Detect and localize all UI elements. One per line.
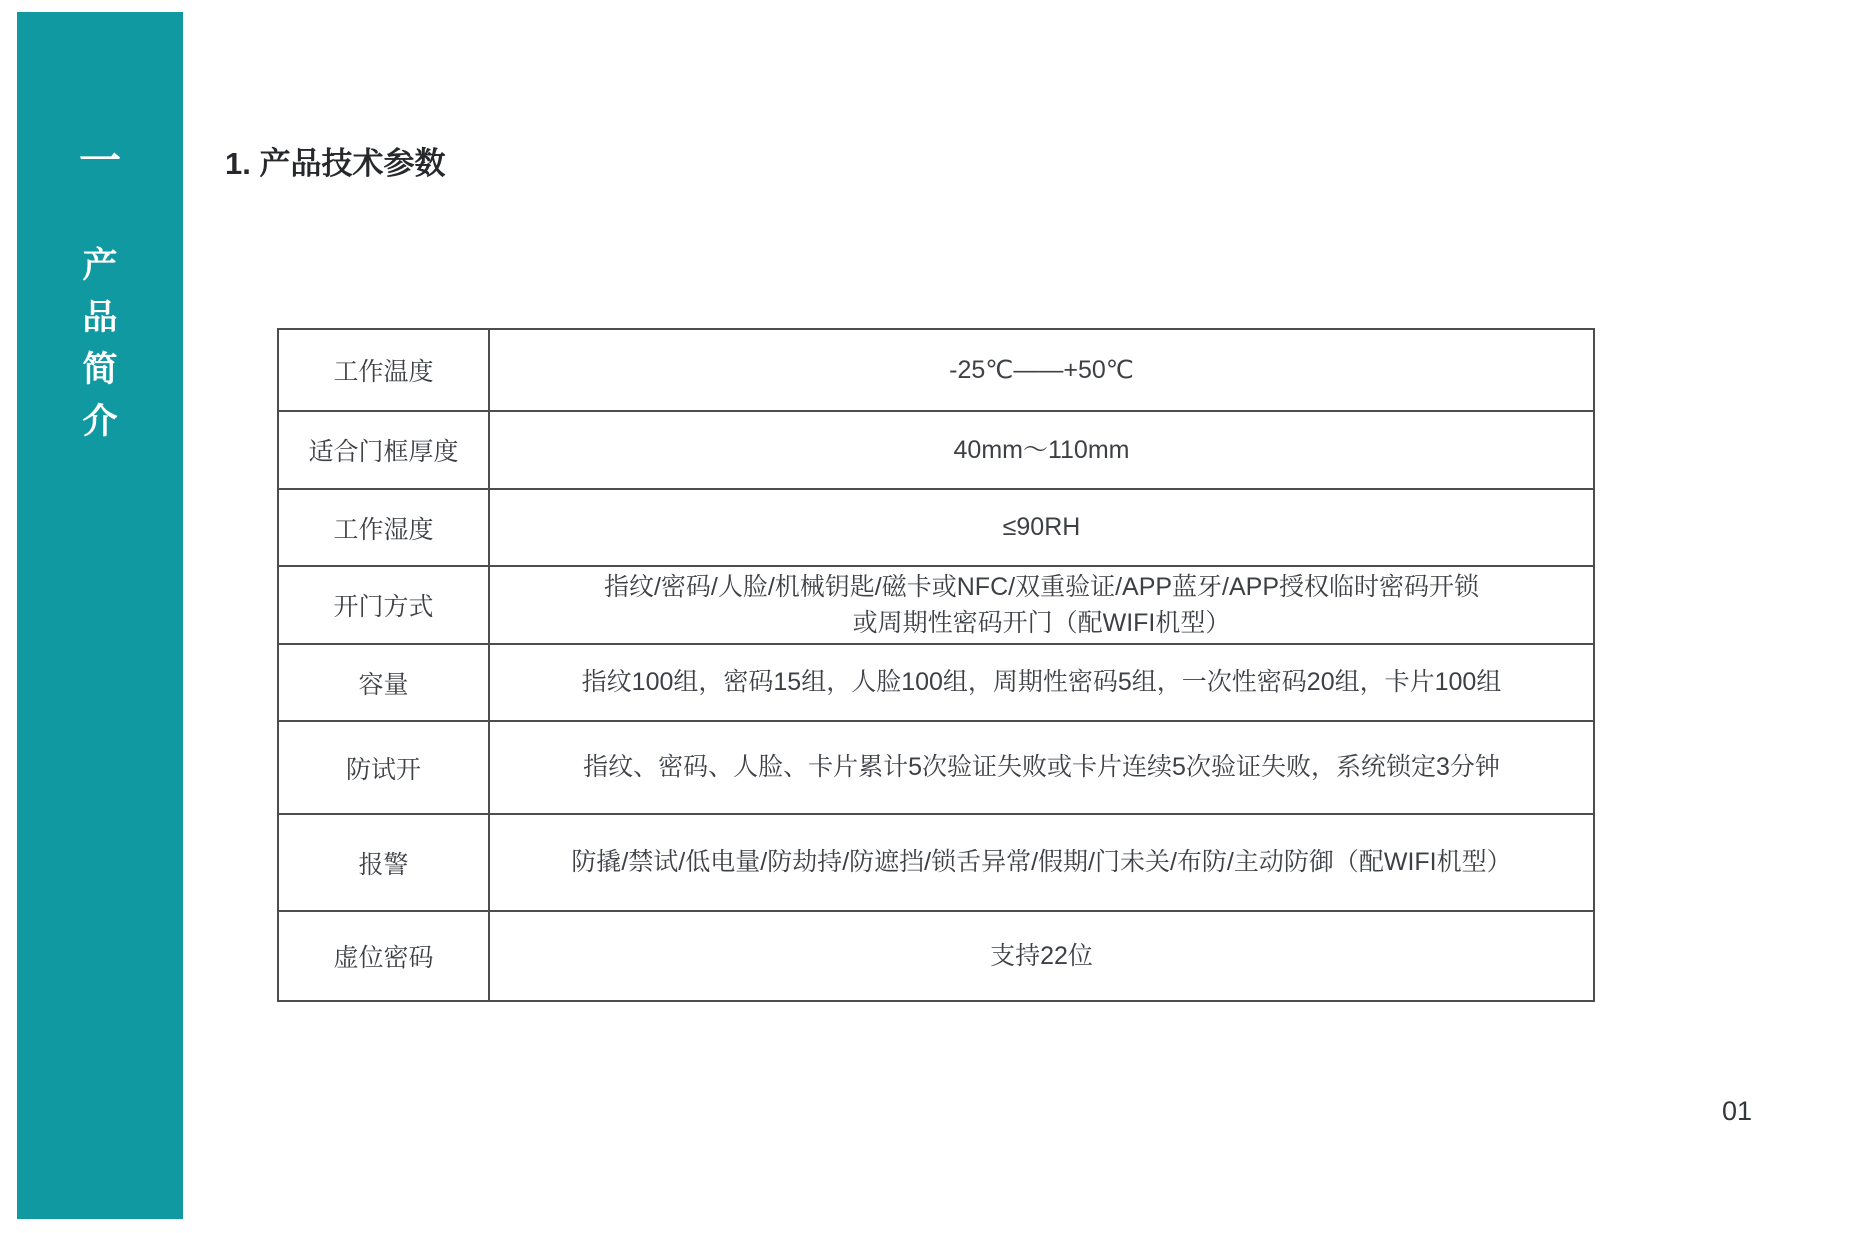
manual-page: 一 产 品 简 介 1. 产品技术参数 工作温度 -25℃——+50℃ 适合门框… bbox=[0, 0, 1870, 1233]
table-row: 适合门框厚度 40mm～110mm bbox=[278, 411, 1594, 489]
page-number: 01 bbox=[1722, 1096, 1752, 1127]
table-row: 工作湿度 ≤90RH bbox=[278, 489, 1594, 566]
param-value: 指纹、密码、人脸、卡片累计5次验证失败或卡片连续5次验证失败，系统锁定3分钟 bbox=[489, 721, 1594, 814]
section-title-char: 产 bbox=[82, 248, 117, 283]
section-title-char: 品 bbox=[82, 300, 117, 335]
param-label: 适合门框厚度 bbox=[278, 411, 489, 489]
section-sidebar: 一 产 品 简 介 bbox=[17, 12, 183, 1219]
table-row: 虚位密码 支持22位 bbox=[278, 911, 1594, 1001]
section-number: 一 bbox=[79, 140, 121, 182]
param-value: -25℃——+50℃ bbox=[489, 329, 1594, 411]
tech-params-table: 工作温度 -25℃——+50℃ 适合门框厚度 40mm～110mm 工作湿度 ≤… bbox=[277, 328, 1595, 1002]
section-title-char: 简 bbox=[82, 352, 117, 387]
param-label: 报警 bbox=[278, 814, 489, 911]
param-label: 工作湿度 bbox=[278, 489, 489, 566]
table-row: 防试开 指纹、密码、人脸、卡片累计5次验证失败或卡片连续5次验证失败，系统锁定3… bbox=[278, 721, 1594, 814]
page-title: 1. 产品技术参数 bbox=[225, 138, 445, 183]
section-title-char: 介 bbox=[82, 404, 117, 439]
param-label: 开门方式 bbox=[278, 566, 489, 644]
table-row: 容量 指纹100组，密码15组，人脸100组，周期性密码5组，一次性密码20组，… bbox=[278, 644, 1594, 721]
param-label: 防试开 bbox=[278, 721, 489, 814]
param-value: 指纹100组，密码15组，人脸100组，周期性密码5组，一次性密码20组，卡片1… bbox=[489, 644, 1594, 721]
table-row: 工作温度 -25℃——+50℃ bbox=[278, 329, 1594, 411]
param-value: ≤90RH bbox=[489, 489, 1594, 566]
param-label: 容量 bbox=[278, 644, 489, 721]
section-title: 产 品 简 介 bbox=[82, 248, 117, 439]
param-label: 工作温度 bbox=[278, 329, 489, 411]
param-label: 虚位密码 bbox=[278, 911, 489, 1001]
param-value: 指纹/密码/人脸/机械钥匙/磁卡或NFC/双重验证/APP蓝牙/APP授权临时密… bbox=[489, 566, 1594, 644]
param-value: 支持22位 bbox=[489, 911, 1594, 1001]
table-row: 报警 防撬/禁试/低电量/防劫持/防遮挡/锁舌异常/假期/门未关/布防/主动防御… bbox=[278, 814, 1594, 911]
param-value: 40mm～110mm bbox=[489, 411, 1594, 489]
param-value: 防撬/禁试/低电量/防劫持/防遮挡/锁舌异常/假期/门未关/布防/主动防御（配W… bbox=[489, 814, 1594, 911]
table-row: 开门方式 指纹/密码/人脸/机械钥匙/磁卡或NFC/双重验证/APP蓝牙/APP… bbox=[278, 566, 1594, 644]
